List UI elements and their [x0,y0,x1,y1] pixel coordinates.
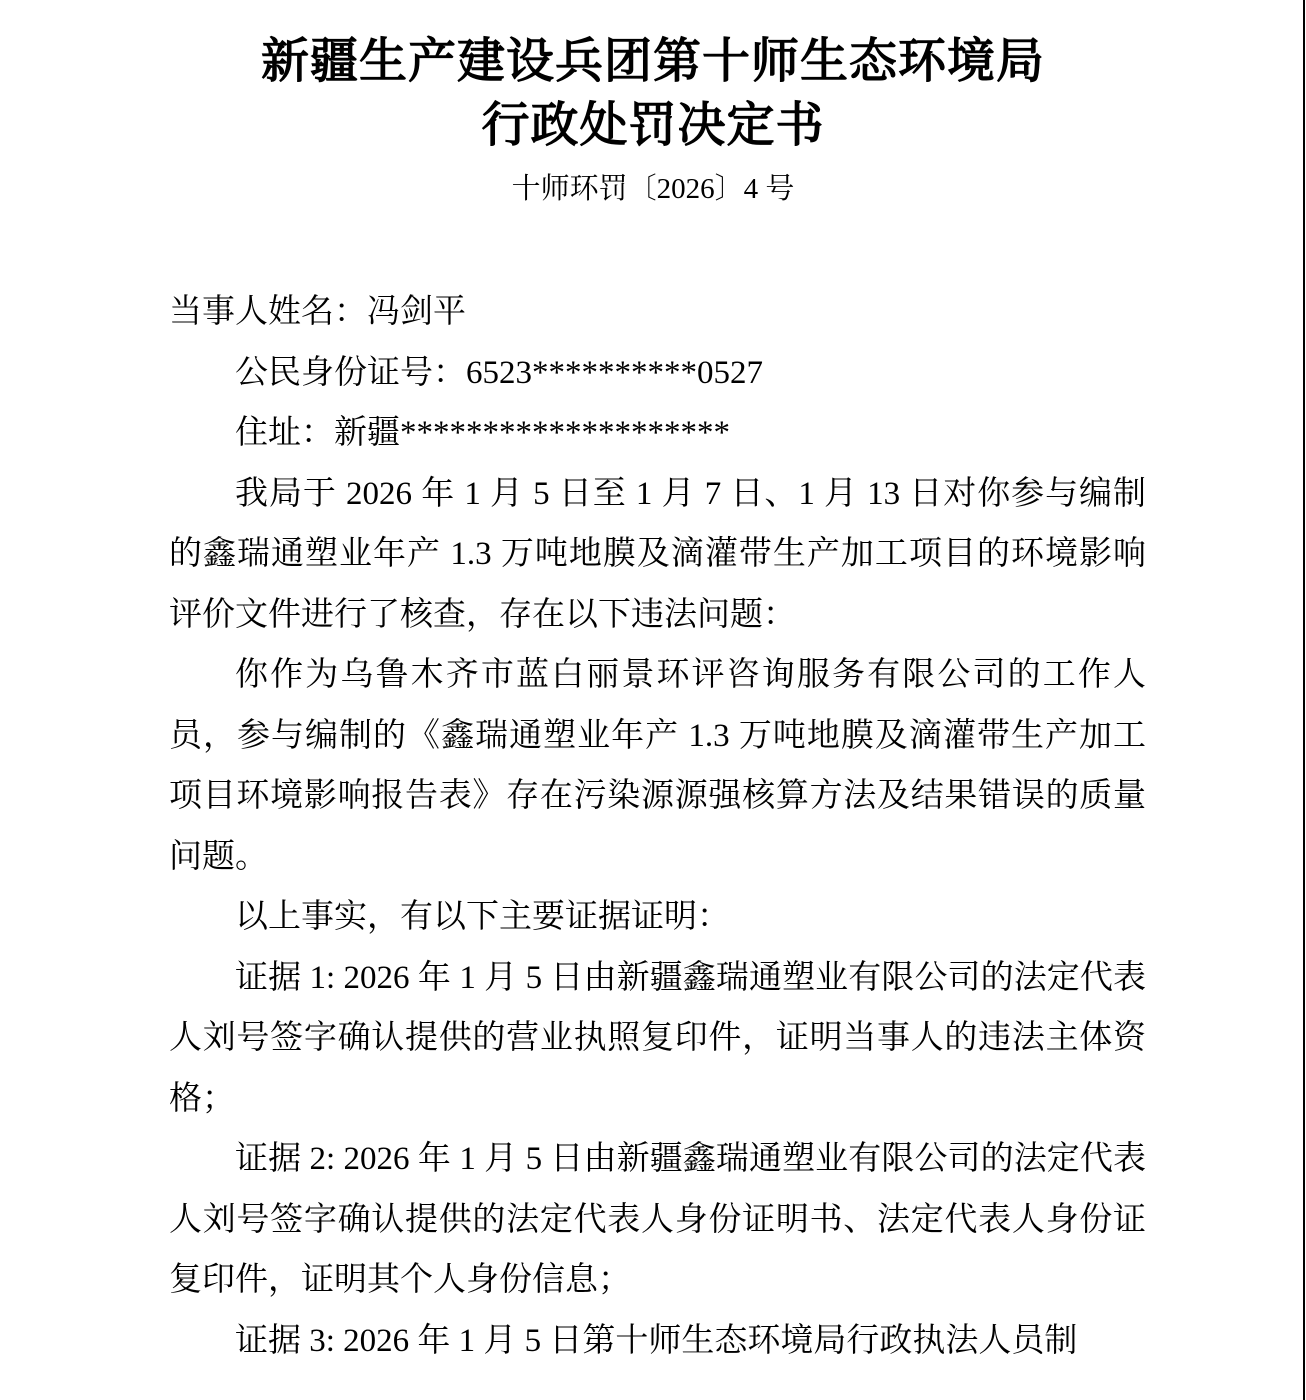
document-number: 十师环罚〔2026〕4 号 [0,168,1306,210]
evidence-intro-line: 以上事实，有以下主要证据证明： [169,887,1146,948]
address-line: 住址：新疆******************** [169,403,1146,464]
document-body: 当事人姓名：冯剑平 公民身份证号：6523**********0527 住址：新… [169,282,1146,1371]
document-page: 新疆生产建设兵团第十师生态环境局 行政处罚决定书 十师环罚〔2026〕4 号 当… [0,0,1306,1400]
page-right-border [1303,0,1305,1400]
inspection-paragraph: 我局于 2026 年 1 月 5 日至 1 月 7 日、1 月 13 日对你参与… [169,464,1146,646]
violation-paragraph: 你作为乌鲁木齐市蓝白丽景环评咨询服务有限公司的工作人员，参与编制的《鑫瑞通塑业年… [169,645,1146,887]
title-line-2: 行政处罚决定书 [0,94,1306,158]
evidence-3-paragraph: 证据 3: 2026 年 1 月 5 日第十师生态环境局行政执法人员制 [169,1311,1146,1372]
document-title: 新疆生产建设兵团第十师生态环境局 行政处罚决定书 [0,0,1306,158]
party-name-line: 当事人姓名：冯剑平 [169,282,1146,343]
evidence-1-paragraph: 证据 1: 2026 年 1 月 5 日由新疆鑫瑞通塑业有限公司的法定代表人刘号… [169,948,1146,1130]
id-number-line: 公民身份证号：6523**********0527 [169,343,1146,404]
evidence-2-paragraph: 证据 2: 2026 年 1 月 5 日由新疆鑫瑞通塑业有限公司的法定代表人刘号… [169,1129,1146,1311]
title-line-1: 新疆生产建设兵团第十师生态环境局 [0,30,1306,94]
